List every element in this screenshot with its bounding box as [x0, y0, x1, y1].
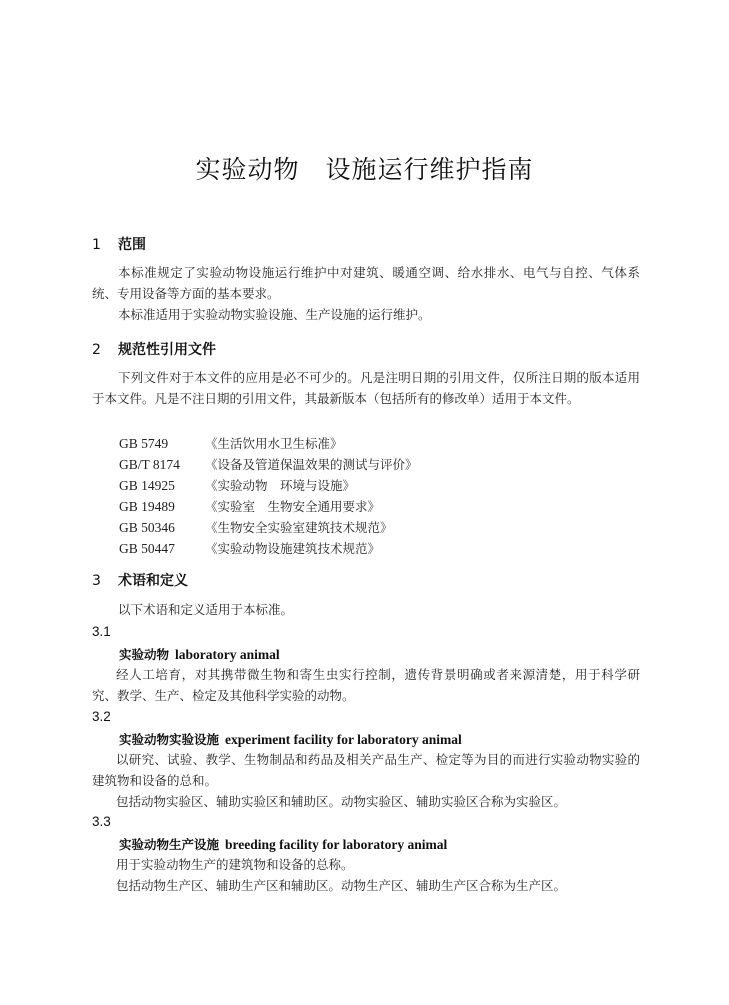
reference-title: 《生活饮用水卫生标准》 [205, 436, 343, 451]
clause-number: 3.3 [92, 814, 111, 829]
section-title: 范围 [118, 237, 146, 253]
term-chinese: 实验动物实验设施 [119, 732, 219, 747]
term-english: experiment facility for laboratory anima… [225, 732, 462, 747]
term-note: 包括动物实验区、辅助实验区和辅助区。动物实验区、辅助实验区合称为实验区。 [92, 791, 640, 812]
reference-title: 《生物安全实验室建筑技术规范》 [205, 520, 393, 535]
reference-code: GB 14925 [119, 478, 205, 494]
section-number: 3 [92, 573, 118, 589]
section-1-heading: 1范围 [92, 234, 146, 254]
reference-title: 《实验室 生物安全通用要求》 [205, 499, 380, 514]
section-title: 术语和定义 [118, 573, 188, 589]
section-2-paragraph-1: 下列文件对于本文件的应用是必不可少的。凡是注明日期的引用文件，仅所注日期的版本适… [92, 367, 640, 409]
term-note: 包括动物生产区、辅助生产区和辅助区。动物生产区、辅助生产区合称为生产区。 [92, 875, 640, 896]
section-3-heading: 3术语和定义 [92, 570, 188, 590]
term-chinese: 实验动物生产设施 [119, 837, 219, 852]
reference-code: GB/T 8174 [119, 457, 205, 473]
document-page: 实验动物设施运行维护指南 1范围 本标准规定了实验动物设施运行维护中对建筑、暖通… [0, 0, 729, 1005]
term-heading: 实验动物实验设施experiment facility for laborato… [119, 730, 462, 748]
section-2-heading: 2规范性引用文件 [92, 339, 216, 359]
reference-code: GB 50447 [119, 541, 205, 557]
reference-title: 《实验动物 环境与设施》 [205, 478, 355, 493]
term-definition: 用于实验动物生产的建筑物和设备的总称。 [92, 854, 640, 875]
reference-title: 《实验动物设施建筑技术规范》 [205, 541, 380, 556]
reference-code: GB 19489 [119, 499, 205, 515]
term-definition: 经人工培育，对其携带微生物和寄生虫实行控制，遗传背景明确或者来源清楚，用于科学研… [92, 664, 640, 706]
title-part-2: 设施运行维护指南 [326, 155, 534, 184]
section-number: 2 [92, 342, 118, 358]
term-definition: 以研究、试验、教学、生物制品和药品及相关产品生产、检定等为目的而进行实验动物实验… [92, 749, 640, 791]
section-title: 规范性引用文件 [118, 342, 216, 358]
term-english: breeding facility for laboratory animal [225, 837, 447, 852]
section-number: 1 [92, 237, 118, 253]
term-heading: 实验动物生产设施breeding facility for laboratory… [119, 835, 447, 853]
term-chinese: 实验动物 [119, 647, 169, 662]
reference-title: 《设备及管道保温效果的测试与评价》 [205, 457, 418, 472]
clause-number: 3.1 [92, 624, 111, 639]
reference-item: GB 50346《生物安全实验室建筑技术规范》 [119, 518, 393, 536]
section-1-paragraph-2: 本标准适用于实验动物实验设施、生产设施的运行维护。 [92, 304, 640, 325]
title-part-1: 实验动物 [195, 155, 299, 184]
reference-item: GB 5749《生活饮用水卫生标准》 [119, 434, 343, 452]
term-english: laboratory animal [175, 647, 280, 662]
reference-code: GB 5749 [119, 436, 205, 452]
reference-item: GB 19489《实验室 生物安全通用要求》 [119, 497, 380, 515]
clause-number: 3.2 [92, 709, 111, 724]
reference-code: GB 50346 [119, 520, 205, 536]
reference-item: GB 50447《实验动物设施建筑技术规范》 [119, 539, 380, 557]
reference-item: GB 14925《实验动物 环境与设施》 [119, 476, 355, 494]
document-title: 实验动物设施运行维护指南 [0, 150, 729, 186]
section-3-paragraph-1: 以下术语和定义适用于本标准。 [92, 599, 640, 620]
reference-item: GB/T 8174《设备及管道保温效果的测试与评价》 [119, 455, 418, 473]
term-heading: 实验动物laboratory animal [119, 645, 280, 663]
section-1-paragraph-1: 本标准规定了实验动物设施运行维护中对建筑、暖通空调、给水排水、电气与自控、气体系… [92, 262, 640, 304]
